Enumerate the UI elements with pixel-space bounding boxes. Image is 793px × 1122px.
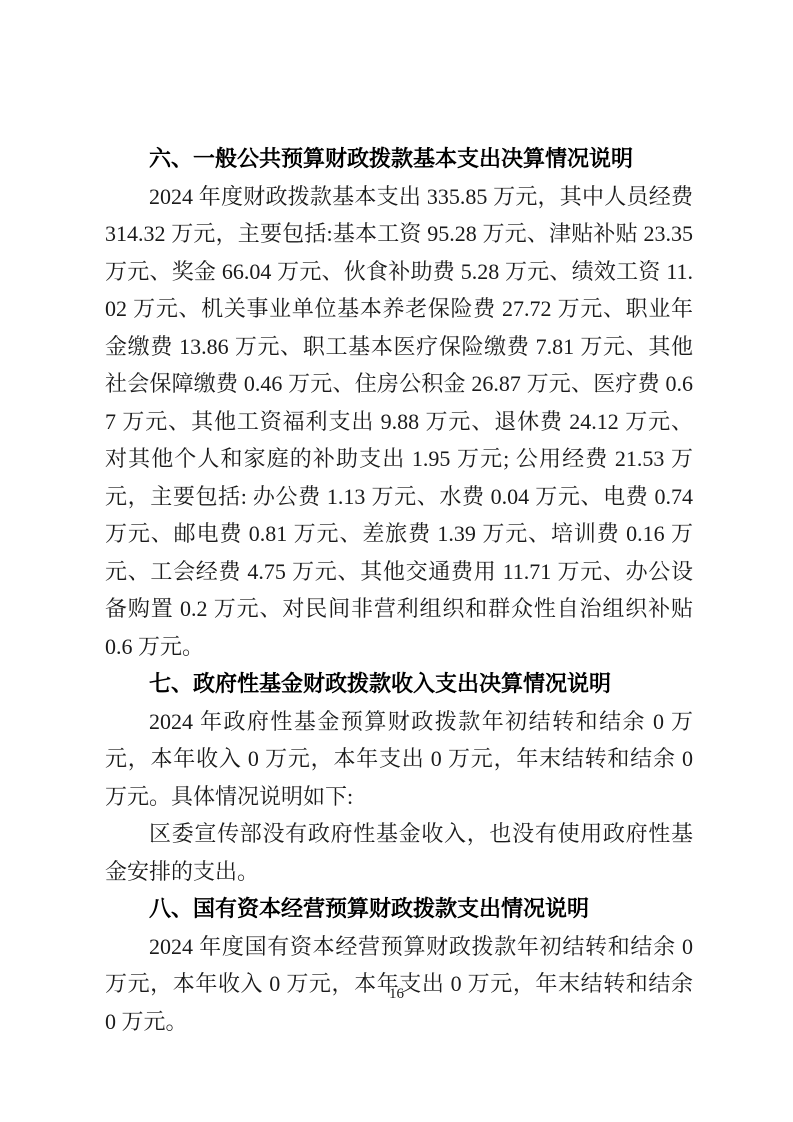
section-heading: 六、一般公共预算财政拨款基本支出决算情况说明 bbox=[105, 140, 693, 178]
section-heading: 七、政府性基金财政拨款收入支出决算情况说明 bbox=[105, 665, 693, 703]
document-content: 六、一般公共预算财政拨款基本支出决算情况说明2024 年度财政拨款基本支出 33… bbox=[105, 140, 693, 1040]
page-number: 16 bbox=[0, 984, 793, 1004]
body-paragraph: 2024 年政府性基金预算财政拨款年初结转和结余 0 万元，本年收入 0 万元，… bbox=[105, 703, 693, 816]
document-page: 六、一般公共预算财政拨款基本支出决算情况说明2024 年度财政拨款基本支出 33… bbox=[0, 0, 793, 1122]
body-paragraph: 2024 年度财政拨款基本支出 335.85 万元，其中人员经费 314.32 … bbox=[105, 178, 693, 666]
body-paragraph: 区委宣传部没有政府性基金收入，也没有使用政府性基金安排的支出。 bbox=[105, 815, 693, 890]
section-heading: 八、国有资本经营预算财政拨款支出情况说明 bbox=[105, 890, 693, 928]
